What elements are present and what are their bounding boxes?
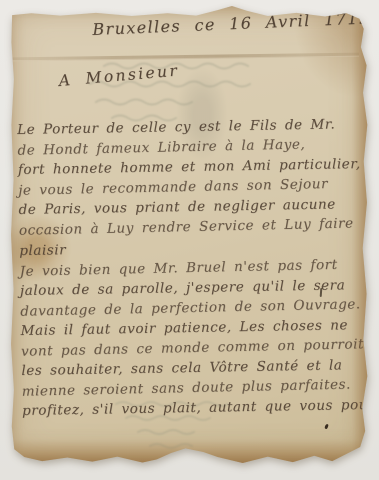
letter-body: Le Porteur de celle cy est le Fils de Mr…: [17, 114, 372, 421]
letter-dateline: Bruxelles ce 16 Avril 1719: [92, 8, 371, 39]
paper-shadow: Bruxelles ce 16 Avril 1719 A Monsieur Le…: [0, 0, 379, 480]
ink-spot: [324, 424, 328, 430]
letter-paper: Bruxelles ce 16 Avril 1719 A Monsieur Le…: [10, 6, 368, 463]
letter-scan: Bruxelles ce 16 Avril 1719 A Monsieur Le…: [0, 0, 379, 480]
